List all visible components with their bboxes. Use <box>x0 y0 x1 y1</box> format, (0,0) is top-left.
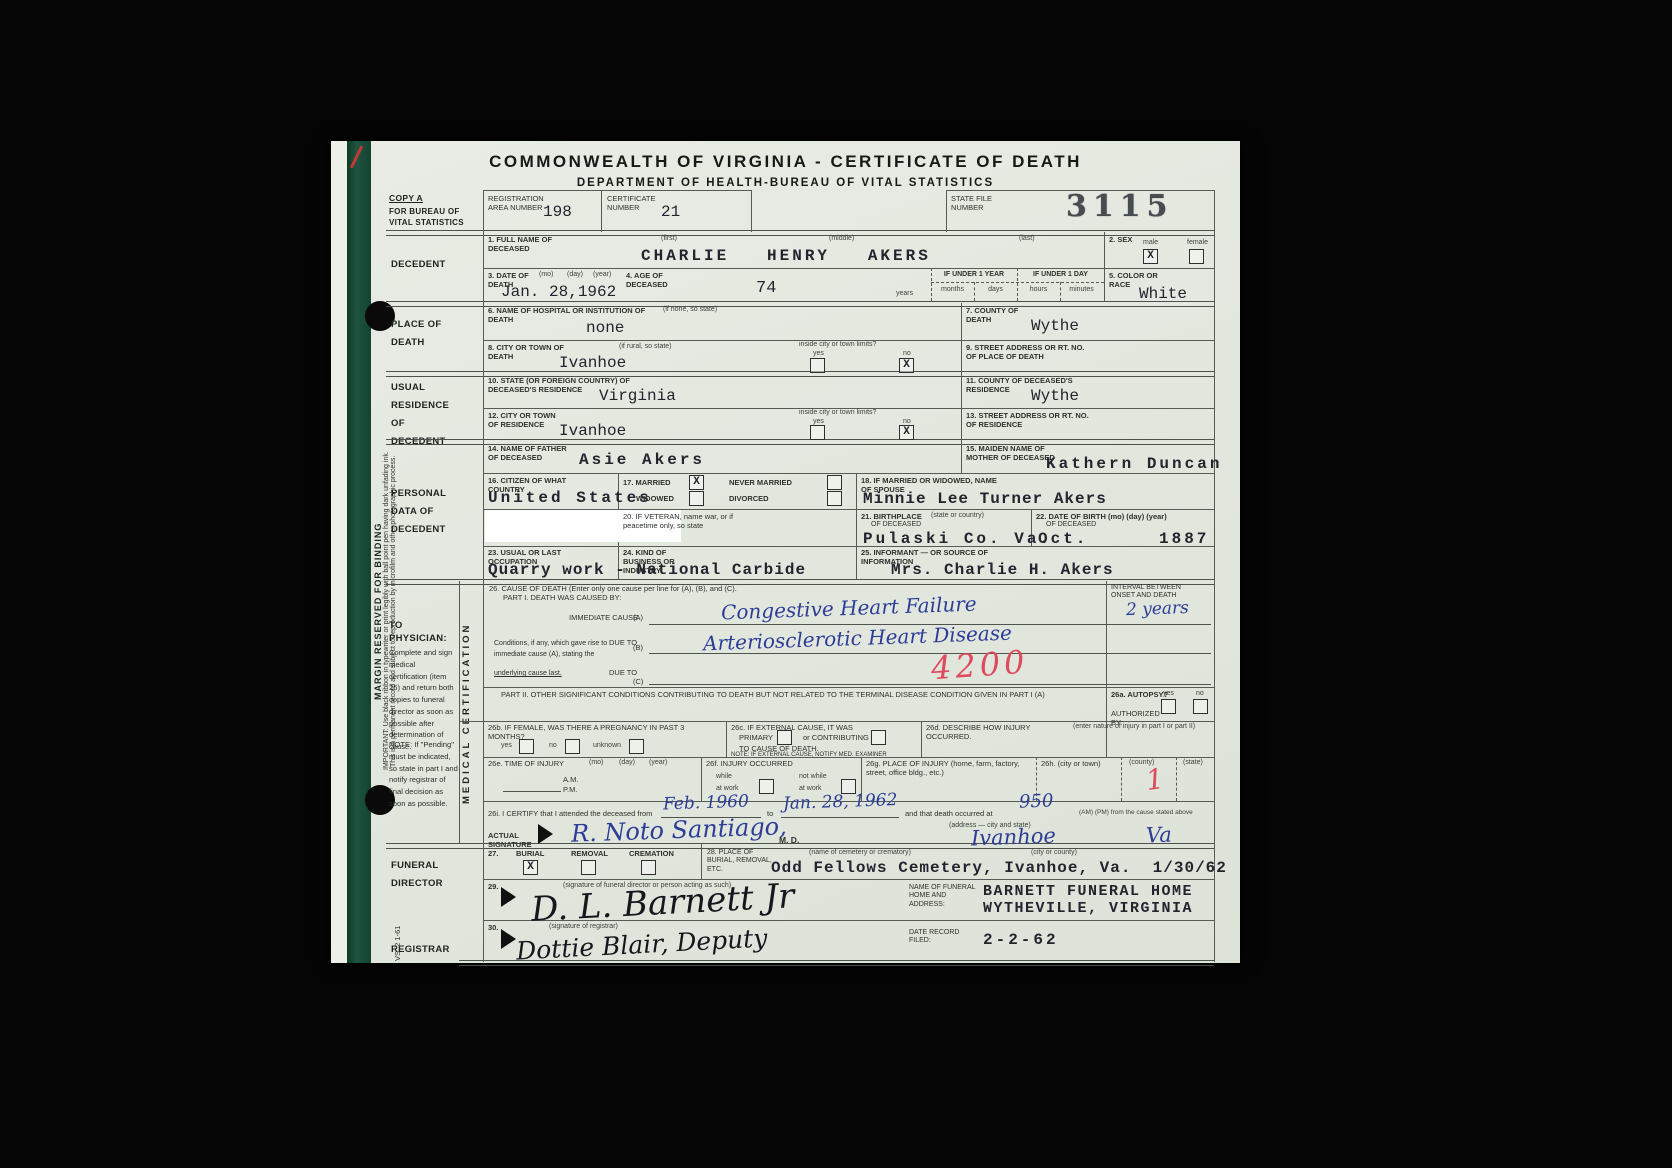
rule <box>1121 757 1122 801</box>
color-race-value: White <box>1139 285 1187 303</box>
spouse-value: Minnie Lee Turner Akers <box>863 490 1107 508</box>
sex-female-label: female <box>1187 239 1208 247</box>
occupation-value: Quarry work - National Carbide <box>488 561 806 579</box>
section-label-funeral-director: FUNERAL DIRECTOR <box>391 857 455 893</box>
hospital-value: none <box>586 319 624 337</box>
field-26g-label: 26g. PLACE OF INJURY (home, farm, factor… <box>866 759 1026 777</box>
rule <box>459 581 460 843</box>
never-married-label: NEVER MARRIED <box>729 478 792 487</box>
field-6-hint: (if none, so state) <box>663 306 717 314</box>
interval-value: 2 years <box>1126 598 1190 620</box>
section-label-registrar: REGISTRAR <box>391 941 450 959</box>
injury-day-hint: (day) <box>619 759 635 767</box>
rule <box>483 190 751 191</box>
field-8-hint: (if rural, so state) <box>619 343 672 351</box>
limits-yes-checkbox-2 <box>810 425 825 440</box>
autopsy-no-checkbox <box>1193 699 1208 714</box>
death-certificate: MARGIN RESERVED FOR BINDING IMPORTANT: U… <box>331 141 1240 963</box>
cremation-label: CREMATION <box>629 849 674 858</box>
field-26h-label: 26h. (city or town) <box>1041 759 1101 768</box>
copy-vs-label: VITAL STATISTICS <box>389 218 464 228</box>
field-4-label: 4. AGE OF DECEASED <box>626 271 686 289</box>
contributing-label: or CONTRIBUTING <box>803 733 869 742</box>
physician-note: Complete and sign medical certification … <box>389 647 455 753</box>
autopsy-no-label: no <box>1196 690 1204 698</box>
copy-for-label: FOR BUREAU OF <box>389 207 460 217</box>
binding-stripe <box>347 141 371 963</box>
father-name-value: Asie Akers <box>579 451 705 469</box>
city-of-death-value: Ivanhoe <box>559 354 626 372</box>
certificate-subtitle: DEPARTMENT OF HEALTH-BUREAU OF VITAL STA… <box>331 177 1240 189</box>
age-value: 74 <box>756 279 776 298</box>
rule <box>601 190 602 232</box>
rule <box>751 190 752 232</box>
copy-a-label: COPY A <box>389 193 423 205</box>
certificate-number-label: CERTIFICATE NUMBER <box>607 194 662 212</box>
section-label-decedent: DECEDENT <box>391 256 446 274</box>
date-filed-value: 2-2-62 <box>983 931 1059 949</box>
primary-checkbox <box>777 730 792 745</box>
cause-a-label: (A) <box>633 613 643 622</box>
limits-yes-checkbox-1 <box>810 358 825 373</box>
married-checkbox: X <box>689 475 704 490</box>
widowed-label: WIDOWED <box>636 494 674 503</box>
field-22-sub: OF DECEASED <box>1046 521 1096 529</box>
not-while-label: not while <box>799 773 827 781</box>
field-20-label: 20. IF VETERAN, name war, or if peacetim… <box>623 512 743 530</box>
county-residence-value: Wythe <box>1031 387 1079 405</box>
field-1-middle-hint: (middle) <box>829 235 854 243</box>
under-1-year-label: IF UNDER 1 YEAR <box>931 271 1017 279</box>
burial-place-value: Odd Fellows Cemetery, Ivanhoe, Va. 1/30/… <box>771 859 1227 877</box>
limits-question-1: inside city or town limits? <box>799 341 919 349</box>
field-30-hint: (signature of registrar) <box>549 923 618 931</box>
death-state-value: Va <box>1146 823 1173 848</box>
under-1-day-label: IF UNDER 1 DAY <box>1017 271 1104 279</box>
birthplace-value: Pulaski Co. Va. <box>863 530 1052 548</box>
mother-name-value: Kathern Duncan <box>1046 455 1222 473</box>
death-city-value: Ivanhoe <box>971 824 1057 851</box>
city-residence-value: Ivanhoe <box>559 422 626 440</box>
field-29-number: 29. <box>488 882 498 891</box>
while-at-work-checkbox <box>759 779 774 794</box>
birth-month-value: Oct. <box>1038 530 1088 548</box>
field-12-label: 12. CITY OR TOWN OF RESIDENCE <box>488 411 568 429</box>
divorced-label: DIVORCED <box>729 494 769 503</box>
am-label: A.M. <box>563 775 578 784</box>
date-of-death-value: Jan. 28,1962 <box>501 283 616 301</box>
immediate-cause-label: IMMEDIATE CAUSE <box>569 613 638 622</box>
field-26e-label: 26e. TIME OF INJURY <box>488 759 564 768</box>
rule <box>483 190 484 962</box>
limits-no-checkbox-1: X <box>899 358 914 373</box>
rule <box>921 721 922 757</box>
field-26d-hint: (enter nature of injury in part I or par… <box>1073 723 1211 731</box>
medical-certification-band: MEDICAL CERTIFICATION <box>461 583 481 843</box>
field-2-label: 2. SEX <box>1109 235 1132 244</box>
certificate-number-value: 21 <box>661 203 680 221</box>
removal-checkbox <box>581 860 596 875</box>
actual-signature-label: ACTUAL SIGNATURE <box>488 831 543 849</box>
field-9-label: 9. STREET ADDRESS OR RT. NO. OF PLACE OF… <box>966 343 1096 361</box>
field-28-label: 28. PLACE OF BURIAL, REMOVAL, ETC. <box>707 849 773 874</box>
conditions-note: Conditions, if any, which gave rise to i… <box>494 639 609 660</box>
pregnancy-unknown-label: unknown <box>593 742 621 750</box>
field-1-label: 1. FULL NAME OF DECEASED <box>488 235 558 253</box>
married-label: 17. MARRIED <box>623 478 671 487</box>
decedent-full-name: CHARLIE HENRY AKERS <box>641 247 931 265</box>
rule <box>1176 757 1177 801</box>
funeral-home-name: BARNETT FUNERAL HOME <box>983 883 1193 900</box>
rule <box>1214 190 1215 962</box>
field-27-number: 27. <box>488 849 498 858</box>
removal-label: REMOVAL <box>571 849 608 858</box>
part1-label: PART I. DEATH WAS CAUSED BY: <box>503 593 621 602</box>
rule <box>931 282 1104 283</box>
date-filed-label: DATE RECORD FILED: <box>909 929 969 946</box>
field-28-hint1: (name of cemetery or crematory) <box>809 849 911 857</box>
pm-label: P.M. <box>563 785 577 794</box>
field-26a-label: 26a. AUTOPSY? <box>1111 690 1168 699</box>
margin-binding-label: MARGIN RESERVED FOR BINDING <box>373 291 383 931</box>
state-file-value: 3115 <box>1066 189 1174 224</box>
pregnancy-no-label: no <box>549 742 557 750</box>
cause-c-label: (C) <box>633 677 643 686</box>
field-21-sub: OF DECEASED <box>871 521 921 529</box>
due-to-c-label: DUE TO <box>609 668 637 677</box>
funeral-director-arrow-icon <box>501 887 516 907</box>
rule <box>726 721 727 757</box>
field-30-number: 30. <box>488 923 498 932</box>
section-label-place-of-death: PLACE OF DEATH <box>391 316 453 352</box>
cause-a-value: Congestive Heart Failure <box>721 592 977 625</box>
rule <box>856 473 857 579</box>
pregnancy-yes-checkbox <box>519 739 534 754</box>
sex-female-checkbox <box>1189 249 1204 264</box>
days-hint: days <box>974 286 1017 294</box>
pending-note: NOTE: If "Pending" must be indicated, so… <box>389 739 459 810</box>
signature-arrow-icon <box>538 824 553 844</box>
red-code-value: 4200 <box>930 643 1030 688</box>
occurred-at-label: and that death occurred at <box>905 809 993 818</box>
injury-mo-hint: (mo) <box>589 759 603 767</box>
margin-important-1: IMPORTANT: Use black ribbon in typewrite… <box>383 291 390 931</box>
red-stroke-mark: 1 <box>1144 762 1166 797</box>
pregnancy-yes-label: yes <box>501 742 512 750</box>
rule <box>946 190 947 232</box>
attended-to-value: Jan. 28, 1962 <box>783 790 898 814</box>
field-7-label: 7. COUNTY OF DEATH <box>966 306 1036 324</box>
primary-label: PRIMARY <box>739 733 773 742</box>
attended-from-value: Feb. 1960 <box>663 792 750 815</box>
divorced-checkbox <box>827 491 842 506</box>
field-14-label: 14. NAME OF FATHER OF DECEASED <box>488 444 578 462</box>
field-3-year-hint: (year) <box>593 271 611 279</box>
field-26-label: 26. CAUSE OF DEATH (Enter only one cause… <box>489 584 909 593</box>
limits-yes-label-1: yes <box>813 350 824 358</box>
rule <box>701 843 702 879</box>
paper-edge <box>331 141 347 963</box>
never-married-checkbox <box>827 475 842 490</box>
field-22-label: 22. DATE OF BIRTH (mo) (day) (year) <box>1036 512 1196 521</box>
field-1-last-hint: (last) <box>1019 235 1035 243</box>
rule <box>483 687 1214 688</box>
registrar-arrow-icon <box>501 929 516 949</box>
field-1-first-hint: (first) <box>661 235 677 243</box>
citizen-value: United States <box>488 489 652 507</box>
rule <box>483 879 1214 880</box>
rule <box>483 546 1214 547</box>
ampm-hint: (AM) (PM) from the cause stated above <box>1079 809 1209 816</box>
field-8-label: 8. CITY OR TOWN OF DEATH <box>488 343 568 361</box>
contributing-checkbox <box>871 730 886 745</box>
field-13-label: 13. STREET ADDRESS OR RT. NO. OF RESIDEN… <box>966 411 1096 429</box>
limits-no-checkbox-2: X <box>899 425 914 440</box>
field-21-hint: (state or country) <box>931 512 984 520</box>
minutes-hint: minutes <box>1060 286 1103 294</box>
field-3-day-hint: (day) <box>567 271 583 279</box>
registration-area-label: REGISTRATION AREA NUMBER <box>488 194 550 212</box>
cremation-checkbox <box>641 860 656 875</box>
field-26i-label: 26i. I CERTIFY that I attended the decea… <box>488 809 652 818</box>
rule <box>781 817 899 818</box>
scan-background: MARGIN RESERVED FOR BINDING IMPORTANT: U… <box>0 0 1672 1168</box>
state-hint: (state) <box>1183 759 1203 767</box>
certificate-title: COMMONWEALTH OF VIRGINIA - CERTIFICATE O… <box>331 152 1240 172</box>
field-26c-label: 26c. IF EXTERNAL CAUSE, IT WAS <box>731 723 891 732</box>
injury-year-hint: (year) <box>649 759 667 767</box>
sex-male-label: male <box>1143 239 1158 247</box>
months-hint: months <box>931 286 974 294</box>
while-label: while <box>716 773 732 781</box>
informant-value: Mrs. Charlie H. Akers <box>891 561 1114 579</box>
age-years-hint: years <box>896 290 913 298</box>
rule <box>649 684 1211 685</box>
field-26f-label: 26f. INJURY OCCURRED <box>706 759 793 768</box>
autopsy-yes-label: yes <box>1163 690 1174 698</box>
widowed-checkbox <box>689 491 704 506</box>
section-label-to-physician: TO PHYSICIAN: <box>389 619 459 646</box>
section-label-personal-data: PERSONAL DATA OF DECEDENT <box>391 485 461 539</box>
limits-no-label-1: no <box>903 350 911 358</box>
county-of-death-value: Wythe <box>1031 317 1079 335</box>
state-file-label: STATE FILE NUMBER <box>951 194 1001 212</box>
limits-question-2: inside city or town limits? <box>799 409 919 417</box>
burial-label: BURIAL <box>516 849 544 858</box>
death-time-value: 950 <box>1019 790 1054 812</box>
rule <box>1104 232 1105 301</box>
sex-male-checkbox: X <box>1143 249 1158 264</box>
part2-label: PART II. OTHER SIGNIFICANT CONDITIONS CO… <box>501 690 1061 699</box>
pregnancy-unknown-checkbox <box>629 739 644 754</box>
state-residence-value: Virginia <box>599 387 676 405</box>
field-21-label: 21. BIRTHPLACE <box>861 512 922 521</box>
rule <box>483 473 1214 474</box>
funeral-home-city: WYTHEVILLE, VIRGINIA <box>983 900 1193 917</box>
md-label: M. D. <box>779 835 799 845</box>
field-28-hint2: (city or county) <box>1031 849 1077 857</box>
pregnancy-no-checkbox <box>565 739 580 754</box>
rule <box>503 791 561 792</box>
rule <box>459 721 1214 722</box>
field-3-mo-hint: (mo) <box>539 271 553 279</box>
birth-year-value: 1887 <box>1159 530 1209 548</box>
funeral-home-label: NAME OF FUNERAL HOME AND ADDRESS: <box>909 884 977 909</box>
burial-checkbox: X <box>523 860 538 875</box>
hours-hint: hours <box>1017 286 1060 294</box>
rule <box>961 303 962 473</box>
underlying-note: underlying cause last. <box>494 669 609 680</box>
cause-b-label: (B) <box>633 643 643 652</box>
field-26d-label: 26d. DESCRIBE HOW INJURY OCCURRED. <box>926 723 1076 741</box>
registration-area-value: 198 <box>543 203 572 221</box>
